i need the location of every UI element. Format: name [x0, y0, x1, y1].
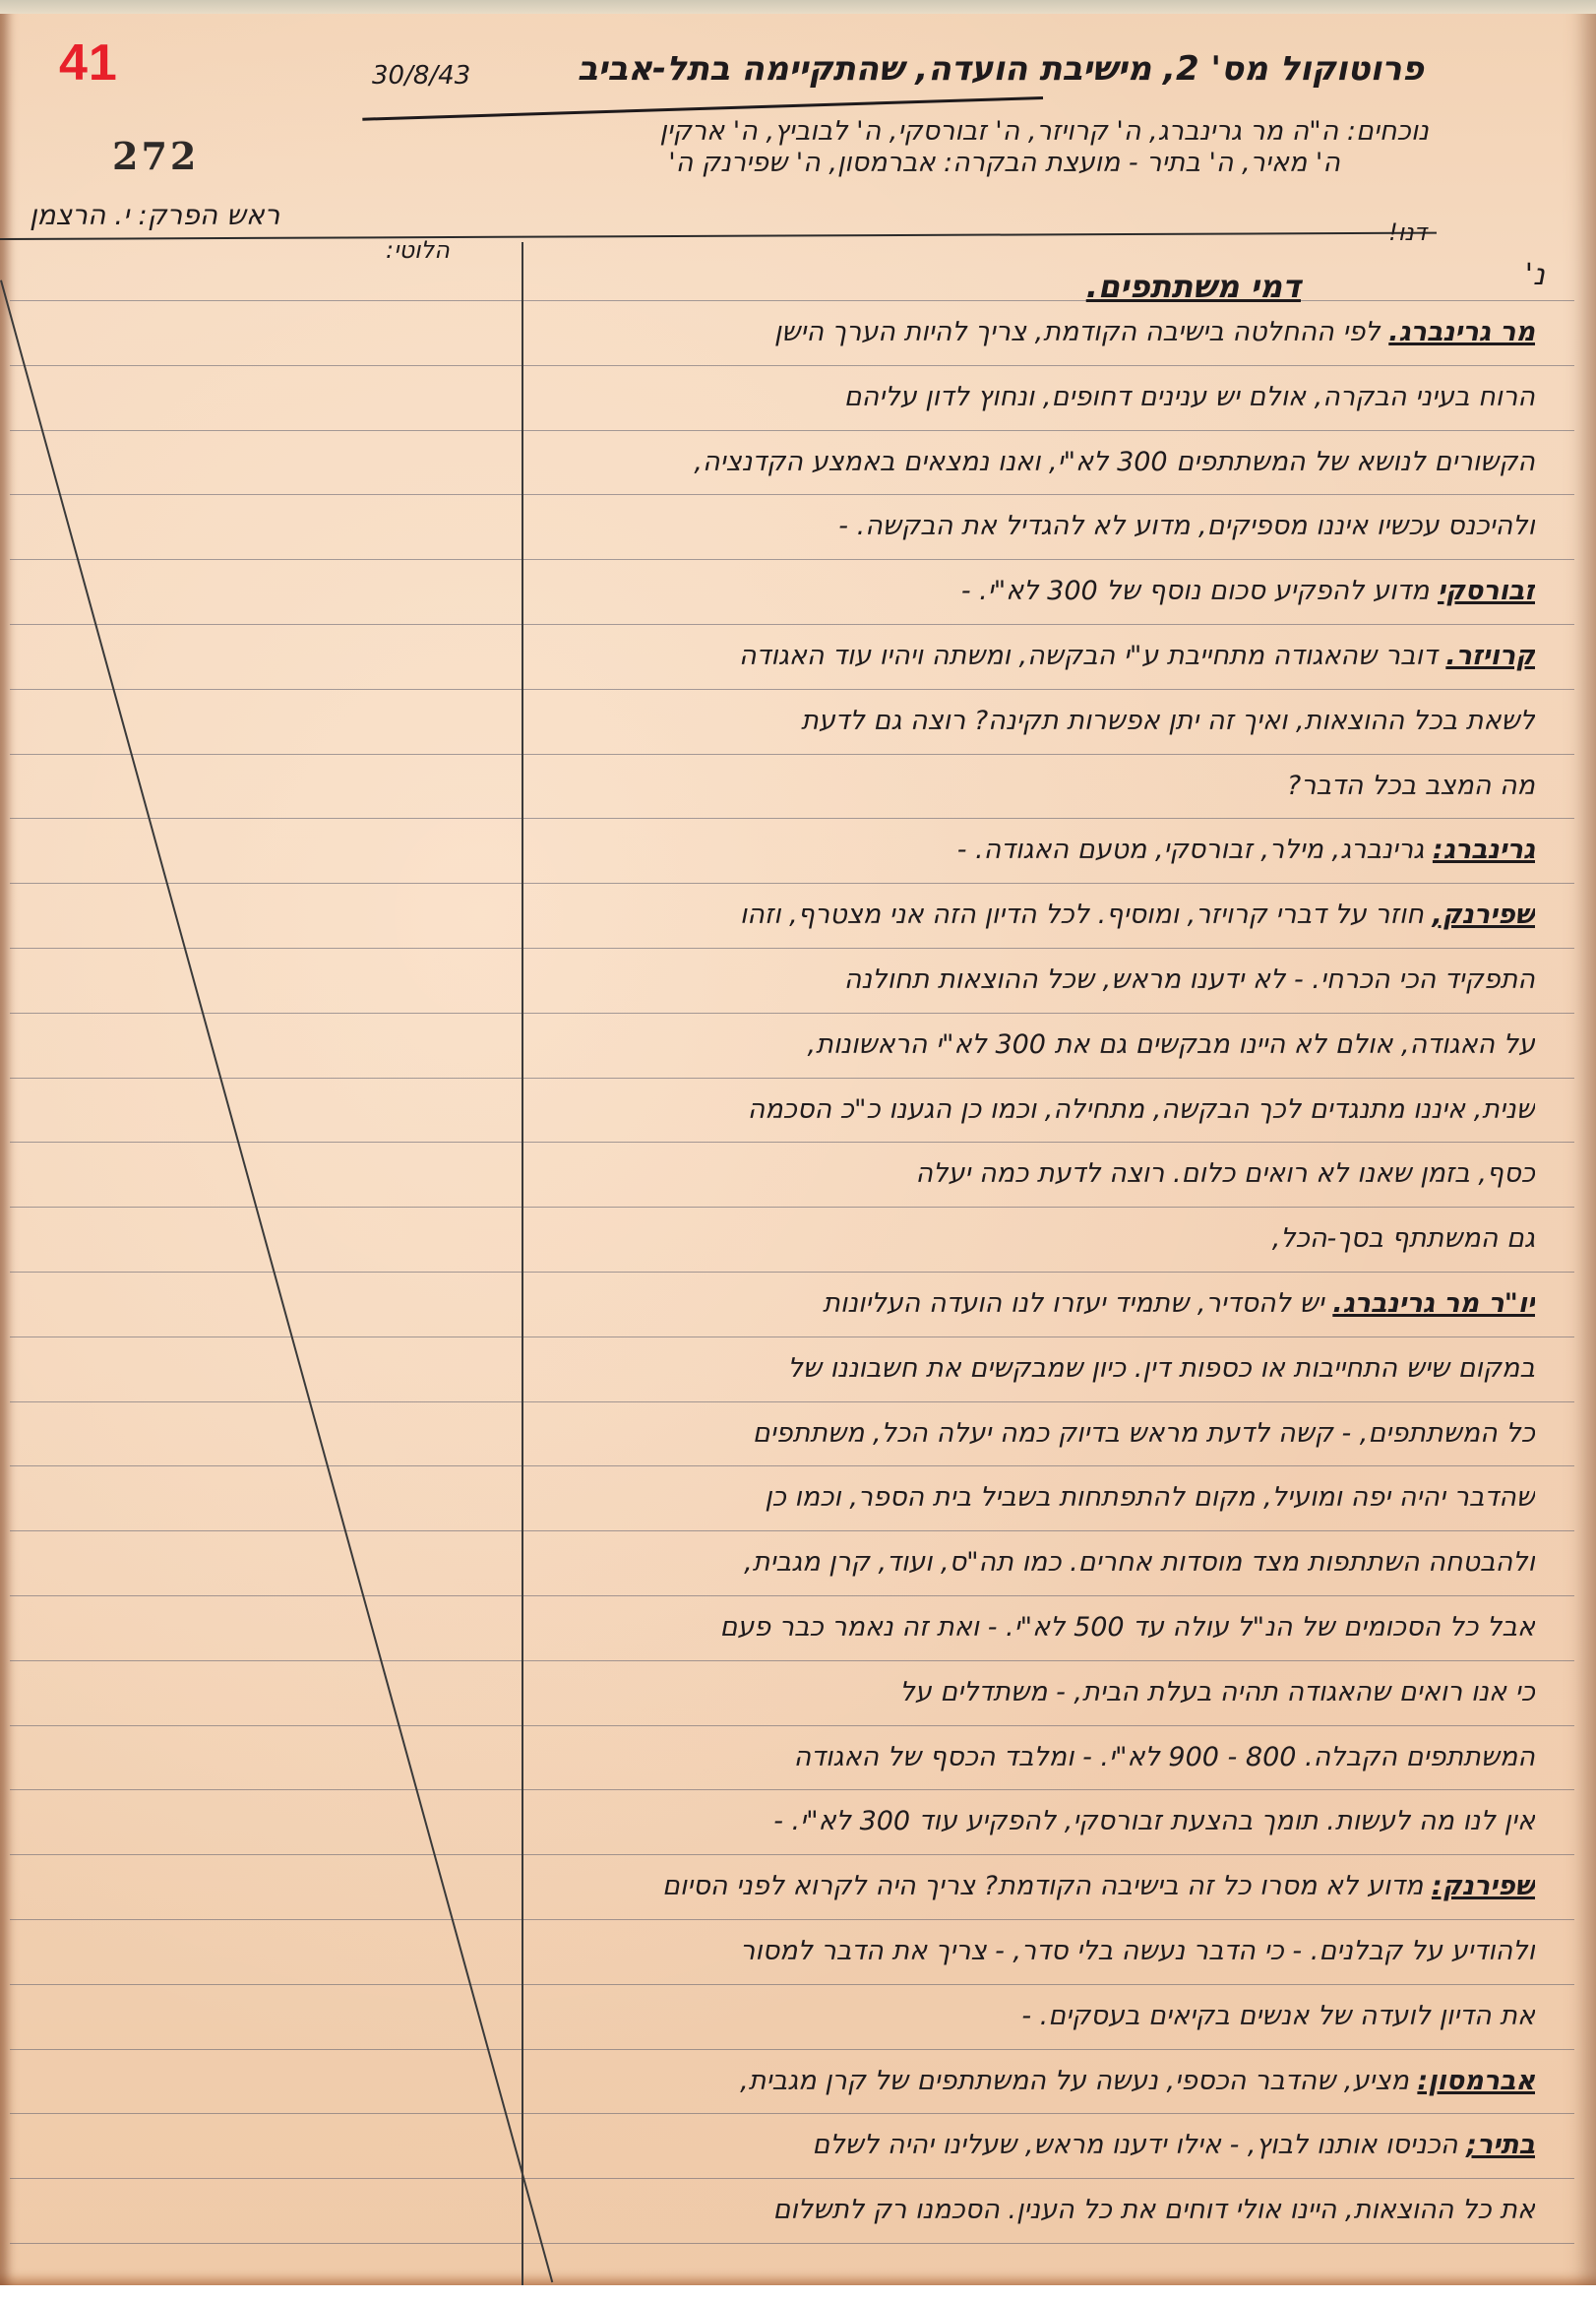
- discussed-label: דנו!: [1388, 218, 1427, 246]
- ruled-line: [10, 1854, 1574, 1855]
- minutes-text: לשאת בכל ההוצאות, ואיך זה יתן אפשרות תקי…: [801, 706, 1535, 736]
- minutes-line: המשתתפים הקבלה. 800 - 900 לא"י. - ומלבד …: [531, 1742, 1535, 1772]
- minutes-text: את הדיון לועדה של אנשים בקיאים בעסקים. -: [1021, 2001, 1535, 2031]
- minutes-line: הקשורים לנושא של המשתתפים 300 לא"י, ואנו…: [531, 447, 1535, 477]
- minutes-text: דובר שהאגודה מתחייבת ע"י הבקשה, ומשתה וי…: [739, 641, 1438, 671]
- ruled-line: [10, 1725, 1574, 1726]
- attendees-line-1: נוכחים: ה"ה מר גרינברג, ה' קרויזר, ה' זב…: [659, 116, 1429, 147]
- minutes-line: שנית, איננו מתנגדים לכך הבקשה, מתחילה, ו…: [531, 1094, 1535, 1125]
- page-tag-label: 41: [59, 33, 118, 93]
- speaker-name: מר גרינברג.: [1388, 317, 1535, 347]
- minutes-text: מדוע להפקיע סכום נוסף של 300 לא"י. -: [961, 576, 1430, 606]
- minutes-line: התפקיד הכי הכרחי. - לא ידענו מראש, שכל ה…: [531, 964, 1535, 995]
- minutes-line: אין לנו מה לעשות. תומך בהצעת זבורסקי, לה…: [531, 1806, 1535, 1836]
- strike-diagonal-line: [0, 280, 553, 2282]
- minutes-text: שנית, איננו מתנגדים לכך הבקשה, מתחילה, ו…: [748, 1094, 1535, 1125]
- minutes-line: זבורסקי מדוע להפקיע סכום נוסף של 300 לא"…: [531, 576, 1535, 606]
- ruled-line: [10, 624, 1574, 625]
- minutes-line: יו"ר מר גרינברג. יש להסדיר, שתמיד יעזרו …: [531, 1288, 1535, 1319]
- minutes-text: גרינברג, מילר, זבורסקי, מטעם האגודה. -: [957, 835, 1425, 865]
- minutes-line: כסף, בזמן שאנו לא רואים כלום. רוצה לדעת …: [531, 1158, 1535, 1189]
- minutes-line: במקום שיש התחייבות או כספות דין. כיון שמ…: [531, 1353, 1535, 1384]
- minutes-text: התפקיד הכי הכרחי. - לא ידענו מראש, שכל ה…: [844, 964, 1535, 995]
- ruled-line: [10, 1595, 1574, 1596]
- minutes-text: ולהבטחה השתתפות מצד מוסדות אחרים. כמו תה…: [744, 1547, 1535, 1578]
- ruled-line: [10, 1984, 1574, 1985]
- ruled-line: [10, 2243, 1574, 2244]
- speaker-name: שפירנק,: [1432, 900, 1535, 930]
- minutes-text: כל המשתתפים, - קשה לדעת מראש בדיוק כמה י…: [753, 1418, 1535, 1449]
- ruled-line: [10, 1789, 1574, 1790]
- speaker-name: יו"ר מר גרינברג.: [1332, 1288, 1535, 1319]
- attendees-line-2: ה' מאיר, ה' בתיר - מועצת הבקרה: אברמסון,…: [668, 148, 1340, 178]
- ruled-line: [10, 754, 1574, 755]
- notebook-page: 41 272 פרוטוקול מס' 2, מישיבת הועדה, שהת…: [0, 0, 1596, 2285]
- ruled-line: [10, 1142, 1574, 1143]
- minutes-line: גם המשתתף בסך-הכל,: [531, 1223, 1535, 1254]
- minutes-text: ולהיכנס עכשיו איננו מספיקים, מדוע לא להג…: [838, 511, 1535, 541]
- minutes-line: שפירנק, חוזר על דברי קרויזר, ומוסיף. לכל…: [531, 900, 1535, 930]
- minutes-text: גם המשתתף בסך-הכל,: [1272, 1223, 1535, 1254]
- minutes-text: המשתתפים הקבלה. 800 - 900 לא"י. - ומלבד …: [794, 1742, 1535, 1772]
- minutes-line: לשאת בכל ההוצאות, ואיך זה יתן אפשרות תקי…: [531, 706, 1535, 736]
- speaker-name: זבורסקי: [1438, 576, 1535, 606]
- minutes-line: שהדבר יהיה יפה ומועיל, מקום להתפתחות בשב…: [531, 1482, 1535, 1513]
- ruled-line: [10, 494, 1574, 495]
- scan-bottom-edge: [0, 2285, 1596, 2300]
- speaker-name: גרינברג:: [1433, 835, 1535, 865]
- ruled-line: [10, 430, 1574, 431]
- minutes-text: מדוע לא מסרו כל זה בישיבה הקודמת? צריך ה…: [662, 1871, 1423, 1901]
- minutes-line: את כל ההוצאות, היינו אולי דוחים את כל הע…: [531, 2195, 1535, 2225]
- minutes-text: כסף, בזמן שאנו לא רואים כלום. רוצה לדעת …: [915, 1158, 1535, 1189]
- minutes-text: חוזר על דברי קרויזר, ומוסיף. לכל הדיון ה…: [740, 900, 1424, 930]
- ruled-line: [10, 1401, 1574, 1402]
- minutes-text: את כל ההוצאות, היינו אולי דוחים את כל הע…: [773, 2195, 1536, 2225]
- minutes-text: אבל כל הסכומים של הנ"ל עולה עד 500 לא"י.…: [719, 1612, 1535, 1643]
- ruled-line: [10, 1660, 1574, 1661]
- minutes-line: אבל כל הסכומים של הנ"ל עולה עד 500 לא"י.…: [531, 1612, 1535, 1643]
- minutes-line: מר גרינברג. לפי ההחלטה בישיבה הקודמת, צר…: [531, 317, 1535, 347]
- ruled-line: [10, 689, 1574, 690]
- ruled-line: [10, 1013, 1574, 1014]
- minutes-line: בתיר; הכניסו אותנו לבוץ, - אילו ידענו מר…: [531, 2130, 1535, 2160]
- section-heading: דמי משתתפים.: [1086, 268, 1301, 305]
- minutes-text: על האגודה, אולם לא היינו מבקשים גם את 30…: [808, 1029, 1536, 1060]
- ruled-line: [10, 2049, 1574, 2050]
- minutes-line: על האגודה, אולם לא היינו מבקשים גם את 30…: [531, 1029, 1535, 1060]
- minutes-text: לפי ההחלטה בישיבה הקודמת, צריך להיות הער…: [774, 317, 1381, 347]
- minutes-text: הכניסו אותנו לבוץ, - אילו ידענו מראש, שע…: [812, 2130, 1457, 2160]
- ruled-line: [10, 1465, 1574, 1466]
- minutes-line: שפירנק: מדוע לא מסרו כל זה בישיבה הקודמת…: [531, 1871, 1535, 1901]
- minutes-line: אברמסון: מציע, שהדבר הכספי, נעשה על המשת…: [531, 2066, 1535, 2096]
- document-title: פרוטוקול מס' 2, מישיבת הועדה, שהתקיימה ב…: [578, 49, 1424, 89]
- minutes-line: מה המצב בכל הדבר?: [531, 771, 1535, 801]
- ruled-line: [10, 365, 1574, 366]
- ruled-line: [10, 300, 1574, 301]
- minutes-text: שהדבר יהיה יפה ומועיל, מקום להתפתחות בשב…: [765, 1482, 1535, 1513]
- minutes-text: אין לנו מה לעשות. תומך בהצעת זבורסקי, לה…: [773, 1806, 1535, 1836]
- ruled-line: [10, 1919, 1574, 1920]
- margin-line: [522, 242, 523, 2285]
- secretary-label: הלוטי:: [386, 236, 450, 264]
- minutes-line: כי אנו רואים שהאגודה תהיה בעלת הבית, - מ…: [531, 1677, 1535, 1708]
- ruled-line: [10, 1272, 1574, 1273]
- margin-mark: נ': [1525, 258, 1545, 292]
- minutes-text: ולהודיע על קבלנים. - כי הדבר נעשה בלי סד…: [740, 1936, 1535, 1966]
- minutes-line: כל המשתתפים, - קשה לדעת מראש בדיוק כמה י…: [531, 1418, 1535, 1449]
- ruled-line: [10, 1078, 1574, 1079]
- minutes-line: גרינברג: גרינברג, מילר, זבורסקי, מטעם הא…: [531, 835, 1535, 865]
- ruled-line: [10, 2113, 1574, 2114]
- document-date: 30/8/43: [372, 61, 470, 91]
- ruled-line: [10, 948, 1574, 949]
- minutes-line: את הדיון לועדה של אנשים בקיאים בעסקים. -: [531, 2001, 1535, 2031]
- ruled-line: [10, 883, 1574, 884]
- minutes-text: הקשורים לנושא של המשתתפים 300 לא"י, ואנו…: [694, 447, 1535, 477]
- ruled-line: [10, 559, 1574, 560]
- ruled-line: [10, 1207, 1574, 1208]
- speaker-name: בתיר;: [1466, 2130, 1535, 2160]
- ruled-line: [10, 1530, 1574, 1531]
- minutes-line: ולהיכנס עכשיו איננו מספיקים, מדוע לא להג…: [531, 511, 1535, 541]
- minutes-line: ולהודיע על קבלנים. - כי הדבר נעשה בלי סד…: [531, 1936, 1535, 1966]
- minutes-line: קרויזר. דובר שהאגודה מתחייבת ע"י הבקשה, …: [531, 641, 1535, 671]
- printed-page-number: 272: [112, 134, 199, 178]
- minutes-text: במקום שיש התחייבות או כספות דין. כיון שמ…: [787, 1353, 1535, 1384]
- minutes-line: ולהבטחה השתתפות מצד מוסדות אחרים. כמו תה…: [531, 1547, 1535, 1578]
- header-rule: [0, 232, 1437, 240]
- minutes-text: מה המצב בכל הדבר?: [1287, 771, 1535, 801]
- scan-top-edge: [0, 0, 1596, 14]
- minutes-text: הרוח בעיני הבקרה, אולם יש ענינים דחופים,…: [844, 382, 1535, 412]
- ruled-line: [10, 1336, 1574, 1337]
- speaker-name: קרויזר.: [1445, 641, 1535, 671]
- minutes-text: יש להסדיר, שתמיד יעזרו לנו הועדה העליונו…: [823, 1288, 1324, 1319]
- speaker-name: שפירנק:: [1432, 1871, 1535, 1901]
- minutes-text: כי אנו רואים שהאגודה תהיה בעלת הבית, - מ…: [899, 1677, 1535, 1708]
- minutes-line: הרוח בעיני הבקרה, אולם יש ענינים דחופים,…: [531, 382, 1535, 412]
- minutes-text: מציע, שהדבר הכספי, נעשה על המשתתפים של ק…: [740, 2066, 1409, 2096]
- ruled-line: [10, 818, 1574, 819]
- ruled-line: [10, 2178, 1574, 2179]
- chair-signature: ראש הפרק: י. הרצמן: [30, 199, 279, 231]
- speaker-name: אברמסון:: [1417, 2066, 1535, 2096]
